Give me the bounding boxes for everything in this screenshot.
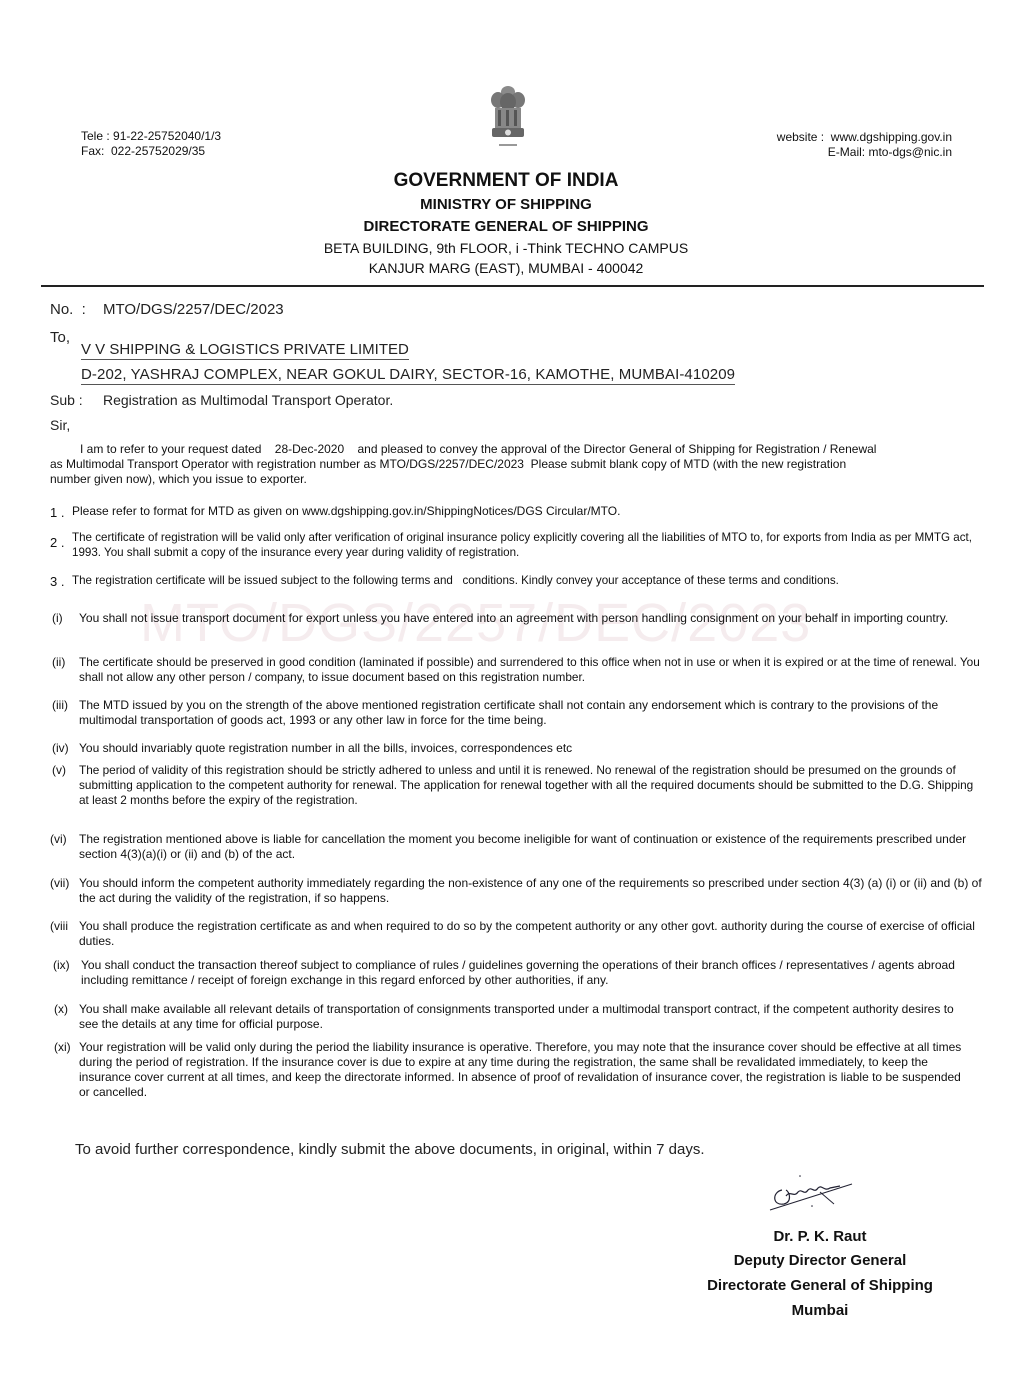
point-text: The certificate of registration will be … (72, 530, 984, 560)
point-text: The registration certificate will be iss… (72, 573, 984, 588)
condition-text: You shall conduct the transaction thereo… (81, 958, 981, 988)
website: website : www.dgshipping.gov.in (777, 130, 952, 145)
national-emblem-icon (486, 84, 530, 156)
recipient-address: D-202, YASHRAJ COMPLEX, NEAR GOKUL DAIRY… (81, 366, 735, 385)
point-number: 2 . (50, 535, 64, 550)
intro-line-2: as Multimodal Transport Operator with re… (50, 457, 985, 472)
condition-label: (ix) (53, 958, 70, 972)
signatory-city: Mumbai (680, 1302, 960, 1319)
condition-label: (iii) (52, 698, 68, 712)
condition-label: (i) (52, 611, 63, 625)
condition-label: (ii) (52, 655, 65, 669)
ministry-title: MINISTRY OF SHIPPING (0, 196, 1012, 213)
point-text: Please refer to format for MTD as given … (72, 504, 982, 519)
salutation: Sir, (50, 417, 70, 433)
condition-text: The MTD issued by you on the strength of… (79, 698, 959, 728)
condition-label: (vi) (50, 832, 67, 846)
condition-label: (xi) (54, 1040, 71, 1054)
condition-text: The registration mentioned above is liab… (79, 832, 979, 862)
contact-block-right: website : www.dgshipping.gov.in E-Mail: … (777, 130, 952, 160)
condition-text: You shall produce the registration certi… (79, 919, 985, 949)
point-number: 3 . (50, 574, 64, 589)
office-address-line2: KANJUR MARG (EAST), MUMBAI - 400042 (0, 260, 1012, 276)
intro-paragraph: I am to refer to your request dated 28-D… (50, 442, 985, 487)
signatory-office: Directorate General of Shipping (680, 1277, 960, 1294)
condition-label: (x) (54, 1002, 68, 1016)
government-title: GOVERNMENT OF INDIA (0, 170, 1012, 192)
office-address-line1: BETA BUILDING, 9th FLOOR, i -Think TECHN… (0, 240, 1012, 256)
header-divider (41, 285, 984, 287)
fax-number: Fax: 022-25752029/35 (81, 144, 221, 159)
condition-label: (iv) (52, 741, 69, 755)
condition-label: (v) (52, 763, 66, 777)
closing-remark: To avoid further correspondence, kindly … (75, 1141, 705, 1158)
subject-label: Sub : (50, 392, 83, 408)
condition-label: (vii) (50, 876, 69, 890)
handwritten-signature-icon (760, 1170, 860, 1220)
telephone-number: Tele : 91-22-25752040/1/3 (81, 129, 221, 144)
condition-text: The period of validity of this registrat… (79, 763, 985, 808)
email: E-Mail: mto-dgs@nic.in (777, 145, 952, 160)
condition-label: (viii (50, 919, 68, 933)
directorate-title: DIRECTORATE GENERAL OF SHIPPING (0, 218, 1012, 235)
condition-text: You should inform the competent authorit… (79, 876, 985, 906)
condition-text: Your registration will be valid only dur… (79, 1040, 969, 1100)
to-label: To, (50, 329, 70, 346)
condition-text: You should invariably quote registration… (79, 741, 979, 756)
reference-number: MTO/DGS/2257/DEC/2023 (103, 301, 284, 318)
condition-text: You shall not issue transport document f… (79, 611, 979, 626)
reference-label: No. : (50, 301, 86, 318)
intro-line-3: number given now), which you issue to ex… (50, 472, 985, 487)
condition-text: The certificate should be preserved in g… (79, 655, 985, 685)
contact-block-left: Tele : 91-22-25752040/1/3 Fax: 022-25752… (81, 129, 221, 159)
subject-text: Registration as Multimodal Transport Ope… (103, 392, 393, 408)
intro-line-1: I am to refer to your request dated 28-D… (50, 442, 985, 457)
signatory-name: Dr. P. K. Raut (680, 1228, 960, 1245)
point-number: 1 . (50, 505, 64, 520)
condition-text: You shall make available all relevant de… (79, 1002, 969, 1032)
signatory-designation: Deputy Director General (680, 1252, 960, 1269)
recipient-name: V V SHIPPING & LOGISTICS PRIVATE LIMITED (81, 341, 409, 360)
